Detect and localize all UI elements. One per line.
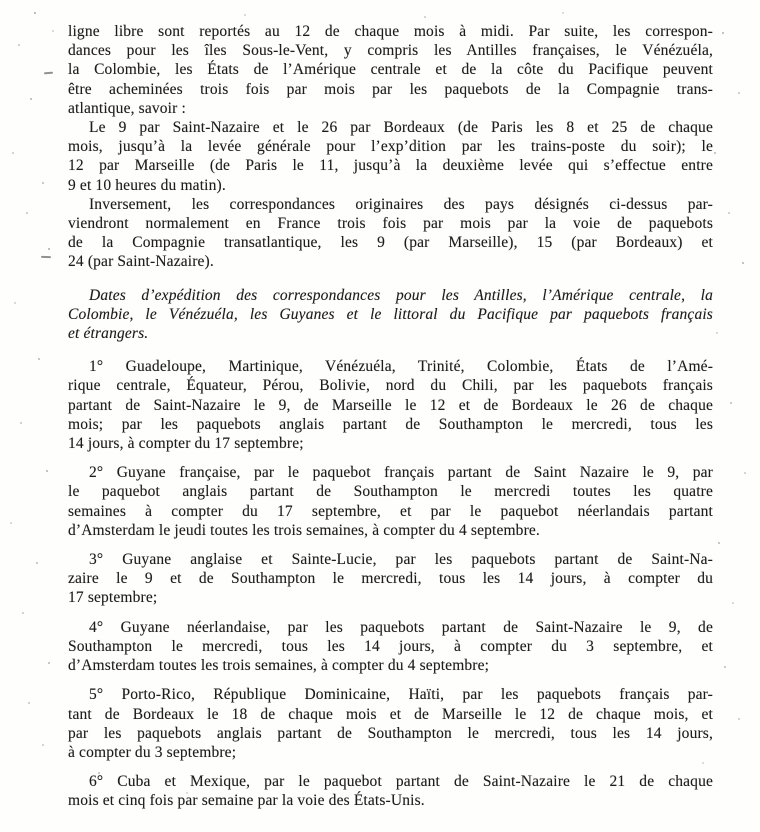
text-line: et étrangers. [68,324,713,343]
text-line: Dates d’expédition des correspondances p… [68,286,713,305]
text-line: 4° Guyane néerlandaise, par les paquebot… [68,618,713,637]
item-5: 5° Porto-Rico, République Dominicaine, H… [68,685,713,762]
item-2: 2° Guyane française, par le paquebot fra… [68,463,713,540]
text-line: viendront normalement en France trois fo… [68,214,713,233]
text-line: semaines à compter du 17 septembre, et p… [68,502,713,521]
text-line: mois et cinq fois par semaine par la voi… [68,791,713,810]
text-block: ligne libre sont reportés au 12 de chaqu… [68,22,713,811]
text-line: ligne libre sont reportés au 12 de chaqu… [68,22,713,41]
text-line: d’Amsterdam le jeudi toutes les trois se… [68,521,713,540]
item-4: 4° Guyane néerlandaise, par les paquebot… [68,618,713,676]
text-line: 12 par Marseille (de Paris le 11, jusqu’… [68,156,713,175]
text-line: Southampton le mercredi, tous les 14 jou… [68,637,713,656]
margin-pen-mark [41,256,51,258]
text-line: 6° Cuba et Mexique, par le paquebot part… [68,772,713,791]
text-line: mois; par les paquebots anglais partant … [68,415,713,434]
text-line: le paquebot anglais partant de Southampt… [68,482,713,501]
text-line: Inversement, les correspondances origina… [68,195,713,214]
text-line: partant de Saint-Nazaire le 9, de Marsei… [68,396,713,415]
text-line: 24 (par Saint-Nazaire). [68,252,713,271]
text-line: 1° Guadeloupe, Martinique, Vénézuéla, Tr… [68,357,713,376]
text-line: zaire le 9 et de Southampton le mercredi… [68,569,713,588]
scan-noise-specks [0,0,2,2]
text-line: mois, jusqu’à la levée générale pour l’e… [68,137,713,156]
item-1: 1° Guadeloupe, Martinique, Vénézuéla, Tr… [68,357,713,453]
text-line: tant de Bordeaux le 18 de chaque mois et… [68,705,713,724]
document-page: ligne libre sont reportés au 12 de chaqu… [0,0,760,832]
paragraph-departures: Le 9 par Saint-Nazaire et le 26 par Bord… [68,118,713,195]
text-line: 17 septembre; [68,588,713,607]
margin-pen-mark [44,72,53,75]
text-line: atlantique, savoir : [68,99,713,118]
item-3: 3° Guyane anglaise et Sainte-Lucie, par … [68,550,713,608]
text-line: 2° Guyane française, par le paquebot fra… [68,463,713,482]
text-line: 9 et 10 heures du matin). [68,176,713,195]
item-6: 6° Cuba et Mexique, par le paquebot part… [68,772,713,810]
text-line: d’Amsterdam toutes les trois semaines, à… [68,656,713,675]
text-line: de la Compagnie transatlantique, les 9 (… [68,233,713,252]
text-line: 3° Guyane anglaise et Sainte-Lucie, par … [68,550,713,569]
text-line: Le 9 par Saint-Nazaire et le 26 par Bord… [68,118,713,137]
text-line: par les paquebots anglais partant de Sou… [68,724,713,743]
text-line: 14 jours, à compter du 17 septembre; [68,434,713,453]
text-line: à compter du 3 septembre; [68,743,713,762]
paragraph-inversement: Inversement, les correspondances origina… [68,195,713,272]
text-line: Colombie, le Vénézuéla, les Guyanes et l… [68,305,713,324]
text-line: dances pour les îles Sous-le-Vent, y com… [68,41,713,60]
text-line: 5° Porto-Rico, République Dominicaine, H… [68,685,713,704]
text-line: rique centrale, Équateur, Pérou, Bolivie… [68,376,713,395]
text-line: la Colombie, les États de l’Amérique cen… [68,60,713,79]
heading-dates-expedition: Dates d’expédition des correspondances p… [68,286,713,344]
text-line: être acheminées trois fois par mois par … [68,80,713,99]
paragraph-continuation: ligne libre sont reportés au 12 de chaqu… [68,22,713,118]
